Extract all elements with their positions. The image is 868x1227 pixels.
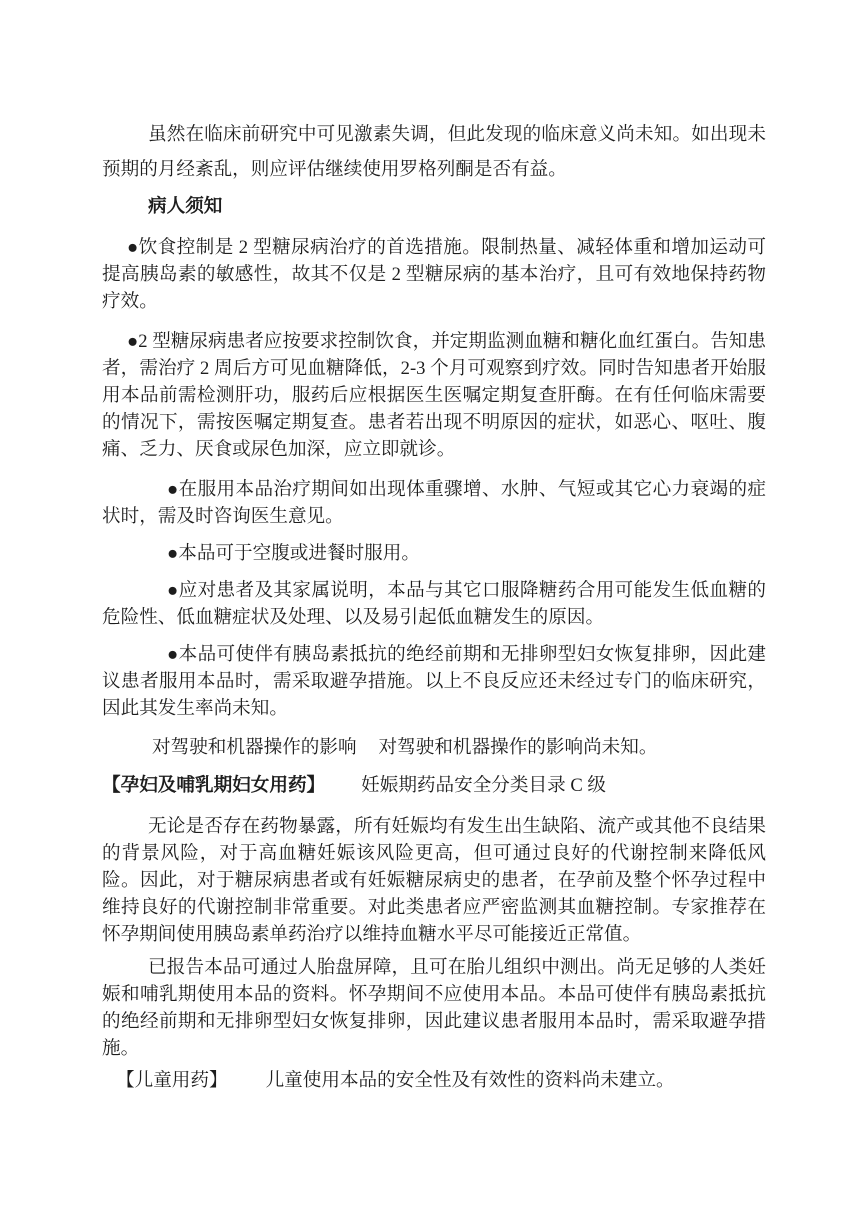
bullet-item-hypoglycemia: ●应对患者及其家属说明，本品与其它口服降糖药合用可能发生低血糖的危险性、低血糖症… xyxy=(102,577,766,631)
bullet-icon: ● xyxy=(167,479,179,500)
intro-paragraph: 虽然在临床前研究中可见激素失调，但此发现的临床意义尚未知。如出现未预期的月经紊乱… xyxy=(102,117,766,187)
bullet-text: 在服用本品治疗期间如出现体重骤增、水肿、气短或其它心力衰竭的症状时，需及时咨询医… xyxy=(102,479,766,527)
bullet-item-monitoring: ●2 型糖尿病患者应按要求控制饮食，并定期监测血糖和糖化血红蛋白。告知患者，需治… xyxy=(102,328,766,463)
bullet-item-heart-failure: ●在服用本品治疗期间如出现体重骤增、水肿、气短或其它心力衰竭的症状时，需及时咨询… xyxy=(102,476,766,530)
bullet-text: 本品可使伴有胰岛素抵抗的绝经前期和无排卵型妇女恢复排卵，因此建议患者服用本品时，… xyxy=(102,644,766,719)
pregnancy-paragraph-placenta: 已报告本品可通过人胎盘屏障，且可在胎儿组织中测出。尚无足够的人类妊娠和哺乳期使用… xyxy=(102,954,766,1062)
bullet-item-meals: ●本品可于空腹或进餐时服用。 xyxy=(102,540,766,567)
document-page: { "page": { "background_color": "#ffffff… xyxy=(0,0,868,1227)
bullet-text: 2 型糖尿病患者应按要求控制饮食，并定期监测血糖和糖化血红蛋白。告知患者，需治疗… xyxy=(102,331,766,460)
bullet-item-ovulation: ●本品可使伴有胰岛素抵抗的绝经前期和无排卵型妇女恢复排卵，因此建议患者服用本品时… xyxy=(102,641,766,722)
children-section-line: 【儿童用药】儿童使用本品的安全性及有效性的资料尚未建立。 xyxy=(102,1067,766,1094)
bullet-text: 应对患者及其家属说明，本品与其它口服降糖药合用可能发生低血糖的危险性、低血糖症状… xyxy=(102,580,766,628)
driving-effects-text: 对驾驶和机器操作的影响尚未知。 xyxy=(379,737,658,758)
bullet-icon: ● xyxy=(167,644,179,665)
pregnancy-heading-note: 妊娠期药品安全分类目录 C 级 xyxy=(361,775,606,796)
bullet-icon: ● xyxy=(167,543,178,564)
driving-effects-label: 对驾驶和机器操作的影响 xyxy=(152,737,357,758)
document-body: 虽然在临床前研究中可见激素失调，但此发现的临床意义尚未知。如出现未预期的月经紊乱… xyxy=(102,117,766,1094)
pregnancy-section-line: 【孕妇及哺乳期妇女用药】妊娠期药品安全分类目录 C 级 xyxy=(102,772,766,799)
bullet-icon: ● xyxy=(127,237,139,258)
bullet-icon: ● xyxy=(167,580,179,601)
pregnancy-paragraph-risk: 无论是否存在药物暴露，所有妊娠均有发生出生缺陷、流产或其他不良结果的背景风险，对… xyxy=(102,813,766,948)
pregnancy-heading: 【孕妇及哺乳期妇女用药】 xyxy=(102,775,325,796)
bullet-item-diet: ●饮食控制是 2 型糖尿病治疗的首选措施。限制热量、减轻体重和增加运动可提高胰岛… xyxy=(102,234,766,315)
bullet-text: 本品可于空腹或进餐时服用。 xyxy=(178,543,420,564)
children-text: 儿童使用本品的安全性及有效性的资料尚未建立。 xyxy=(266,1070,675,1091)
bullet-icon: ● xyxy=(127,331,138,352)
patient-notice-heading: 病人须知 xyxy=(102,193,766,220)
children-heading: 【儿童用药】 xyxy=(116,1070,228,1091)
driving-effects-line: 对驾驶和机器操作的影响对驾驶和机器操作的影响尚未知。 xyxy=(102,734,766,761)
bullet-text: 饮食控制是 2 型糖尿病治疗的首选措施。限制热量、减轻体重和增加运动可提高胰岛素… xyxy=(102,237,766,312)
